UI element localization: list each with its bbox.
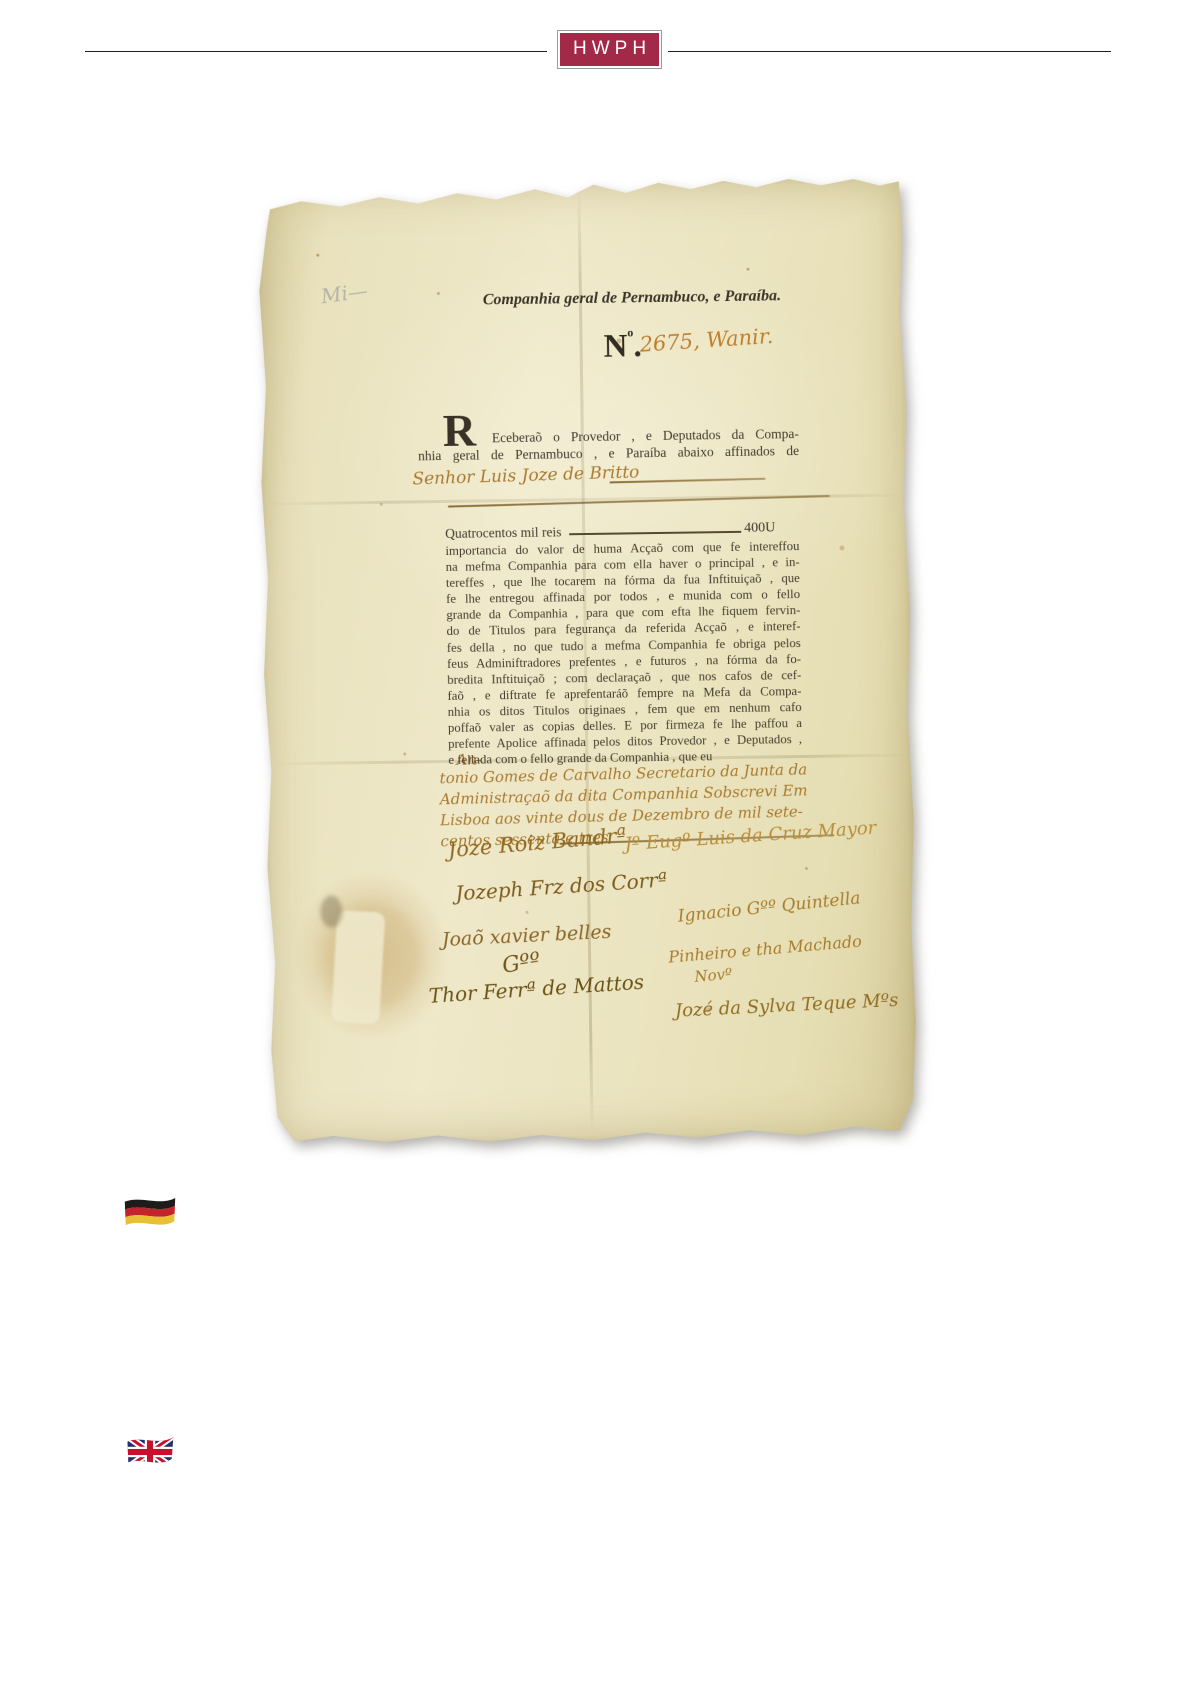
- paper-spots: [316, 254, 319, 257]
- hwph-logo-text: HWPH: [560, 33, 659, 66]
- certificate-number: No.: [603, 325, 642, 370]
- certificate-photo: Mi— Companhia geral de Pernambuco, e Par…: [255, 176, 918, 1147]
- german-flag-icon: [122, 1192, 178, 1237]
- signature: Thor Ferrª de Mattos: [428, 970, 645, 1008]
- signature: Novº: [694, 965, 733, 986]
- certificate-paper: Mi— Companhia geral de Pernambuco, e Par…: [255, 176, 918, 1147]
- signature: Gºº: [501, 948, 543, 979]
- header-rule-right: [668, 51, 1111, 52]
- number-n: N: [603, 328, 627, 364]
- uk-flag-icon: [124, 1432, 176, 1477]
- signature: Jozé da Sylva Teque Mºs: [674, 990, 898, 1022]
- header-rule-left: [85, 51, 547, 52]
- amount-dash-rule: [569, 531, 741, 535]
- catalog-page: HWPH Mi— Companhia geral de Pernambuco, …: [0, 0, 1196, 1692]
- certificate-title: Companhia geral de Pernambuco, e Paraíba…: [481, 287, 783, 309]
- amount-value: 400U: [744, 520, 775, 536]
- body-text: importancia do valor de huma Acçaõ com q…: [445, 538, 802, 769]
- seal-stain-dark: [320, 895, 342, 927]
- signature: Ignacio Gºº Quintella: [677, 888, 862, 926]
- amount-label: Quatrocentos mil reis: [445, 524, 561, 542]
- number-handwritten: 2675, Wanir.: [639, 324, 774, 357]
- seal-stain-core: [331, 910, 385, 1025]
- signature: Jozeph Frz dos Corrª: [455, 867, 668, 905]
- payer-name-handwritten: Senhor Luis Joze de Britto: [412, 462, 639, 489]
- hwph-logo: HWPH: [557, 30, 662, 69]
- signature: Joaõ xavier belles: [441, 921, 612, 951]
- signature: Pinheiro e tha Machado: [668, 931, 863, 966]
- pencil-note: Mi—: [319, 278, 369, 308]
